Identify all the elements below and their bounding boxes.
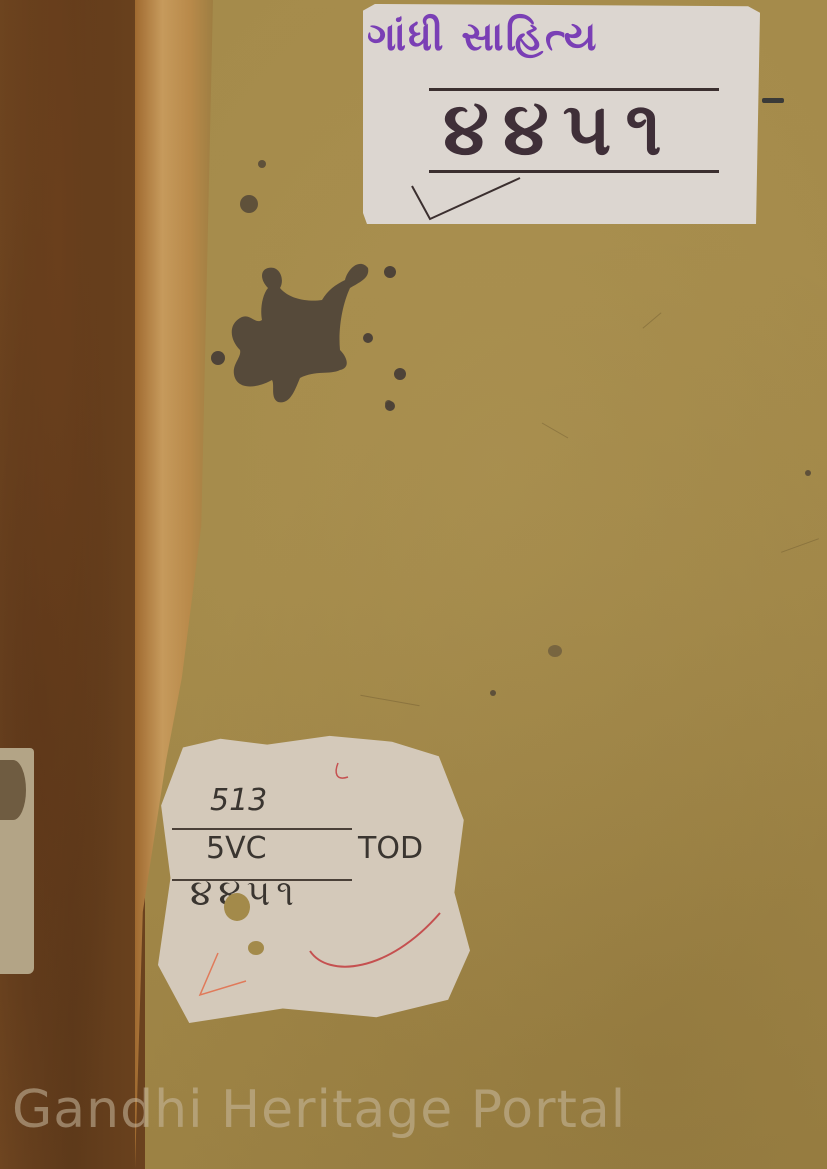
library-label: ગાંધી સાહિત્ય ૪૪૫૧ xyxy=(363,4,760,224)
ink-speck xyxy=(385,400,392,407)
paper-fiber xyxy=(642,312,661,328)
ink-speck xyxy=(490,690,496,696)
label-rule-bottom xyxy=(429,170,719,173)
paper-fiber xyxy=(781,538,819,553)
ink-speck xyxy=(548,645,562,657)
ink-blot xyxy=(200,240,420,420)
red-tick-mark xyxy=(158,733,470,1023)
spine-stain xyxy=(0,760,26,820)
ink-speck xyxy=(258,160,266,168)
watermark: Gandhi Heritage Portal xyxy=(12,1080,626,1140)
book-spine xyxy=(0,0,145,1169)
accession-number: ૪૪૫૧ xyxy=(443,86,676,173)
handwritten-label: 513 5VC TOD ૪૪૫૧ xyxy=(158,733,470,1023)
book-cover: ગાંધી સાહિત્ય ૪૪૫૧ 513 5VC TOD ૪૪૫૧ Gand… xyxy=(0,0,827,1169)
paper-fiber xyxy=(542,423,568,439)
paper-fiber xyxy=(360,695,419,706)
checkmark-icon xyxy=(408,174,528,224)
ink-speck xyxy=(805,470,811,476)
series-title-stamp: ગાંધી સાહિત્ય xyxy=(363,14,760,60)
stray-mark xyxy=(762,98,784,103)
ink-speck xyxy=(240,195,258,213)
